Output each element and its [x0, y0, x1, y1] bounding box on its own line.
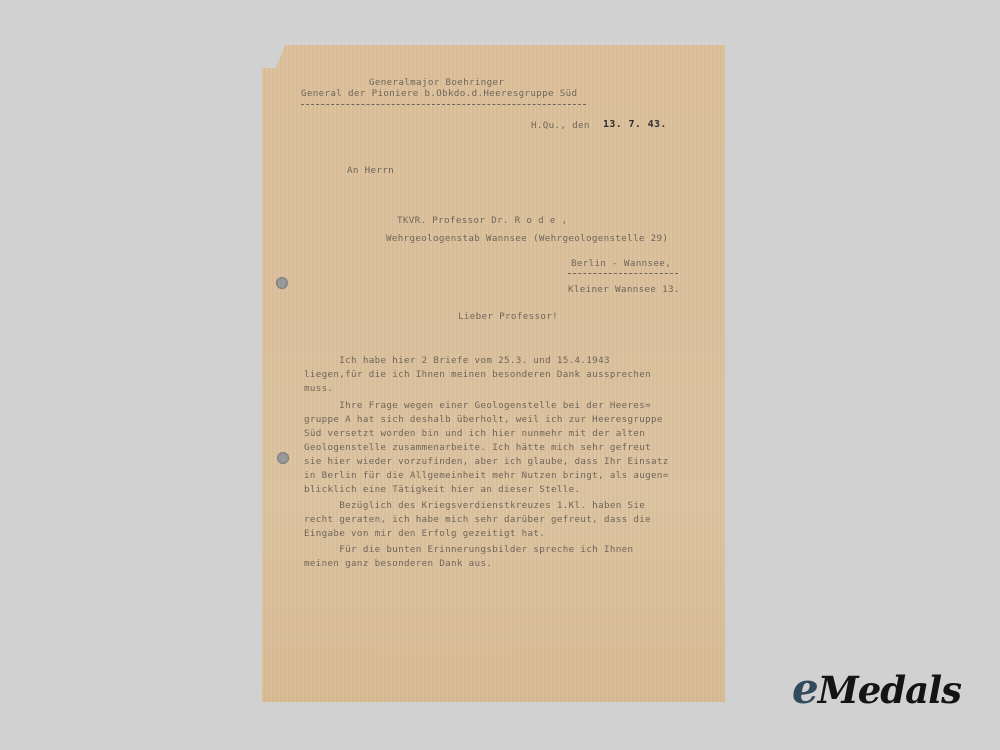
place-prefix: H.Qu., den	[531, 121, 590, 130]
punch-hole-bottom	[277, 452, 289, 464]
city-underline	[568, 273, 678, 274]
recipient-street: Kleiner Wannsee 13.	[568, 285, 680, 294]
recipient-city: Berlin - Wannsee,	[571, 259, 671, 268]
body-line: Eingabe von mir den Erfolg gezeitigt hat…	[304, 529, 545, 538]
emedals-watermark-logo: eMedals	[792, 668, 961, 710]
photo-stage: Generalmajor Boehringer General der Pion…	[0, 0, 1000, 750]
recipient-name: TKVR. Professor Dr. R o d e ,	[397, 216, 568, 225]
body-line: blicklich eine Tätigkeit hier an dieser …	[304, 485, 580, 494]
letterhead-rank-name: Generalmajor Boehringer	[369, 78, 504, 87]
body-line: sie hier wieder vorzufinden, aber ich gl…	[304, 457, 669, 466]
recipient-organization: Wehrgeologenstab Wannsee (Wehrgeologenst…	[386, 234, 668, 243]
body-line: Für die bunten Erinnerungsbilder spreche…	[304, 545, 633, 554]
letterhead-divider	[301, 104, 586, 105]
letterhead-title: General der Pioniere b.Obkdo.d.Heeresgru…	[301, 89, 577, 98]
body-line: in Berlin für die Allgemeinheit mehr Nut…	[304, 471, 669, 480]
recipient-salutation: An Herrn	[347, 166, 394, 175]
body-line: Ihre Frage wegen einer Geologenstelle be…	[304, 401, 651, 410]
logo-wordmark: Medals	[818, 668, 961, 712]
body-line: meinen ganz besonderen Dank aus.	[304, 559, 492, 568]
body-line: Bezüglich des Kriegsverdienstkreuzes 1.K…	[304, 501, 645, 510]
letter-sheet: Generalmajor Boehringer General der Pion…	[262, 45, 725, 702]
greeting: Lieber Professor!	[458, 312, 558, 321]
body-line: muss.	[304, 384, 333, 393]
body-line: Geologenstelle zusammenarbeite. Ich hätt…	[304, 443, 651, 452]
body-line: Ich habe hier 2 Briefe vom 25.3. und 15.…	[304, 356, 610, 365]
body-line: recht geraten, ich habe mich sehr darübe…	[304, 515, 651, 524]
body-line: gruppe A hat sich deshalb überholt, weil…	[304, 415, 663, 424]
punch-hole-top	[276, 277, 288, 289]
body-line: Süd versetzt worden bin und ich hier nun…	[304, 429, 645, 438]
logo-e-mark: e	[792, 664, 818, 713]
letter-date: 13. 7. 43.	[603, 120, 667, 130]
body-line: liegen,für die ich Ihnen meinen besonder…	[304, 370, 651, 379]
